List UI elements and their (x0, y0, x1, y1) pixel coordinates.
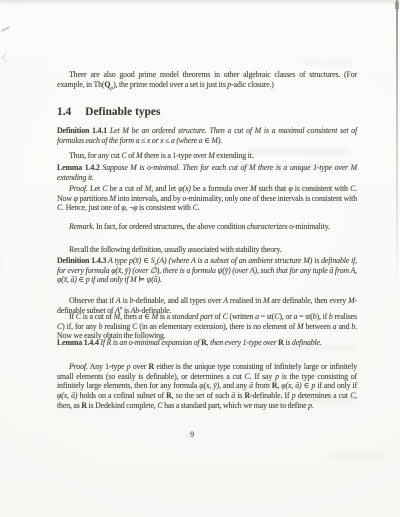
thus-paragraph: Thus, for any cut C of M there is a 1-ty… (57, 151, 357, 161)
text-segment: ) if, for any (62, 322, 98, 331)
proof-1-4-2: Proof. Let C be a cut of M, and let φ(x)… (57, 184, 357, 213)
text-segment: ), or (279, 312, 293, 321)
text-segment: Proof. (69, 362, 88, 371)
text-segment: If (99, 338, 107, 347)
text-segment: φ(x, ȳ) (199, 381, 219, 390)
text-segment: φ(x, ā) (281, 381, 301, 390)
text-segment: if and only if (315, 381, 357, 390)
text-segment: over (130, 362, 148, 371)
text-segment: Proof. (69, 184, 88, 193)
lemma-1-4-2: Lemma 1.4.2 Suppose M is o-minimal. Then… (57, 163, 357, 182)
text-segment: and (336, 322, 351, 331)
standard-part-paragraph: If C is a cut of M, then a ∈ M is a stan… (57, 312, 357, 341)
text-segment: Lemma 1.4.4 (57, 338, 99, 347)
text-segment: = st( (259, 312, 274, 321)
text-segment: determines a cut (296, 391, 351, 400)
text-segment: is definable. (284, 338, 322, 347)
recall-paragraph: Recall the following definition, usually… (57, 245, 357, 255)
text-segment: a ∈ M (139, 312, 159, 321)
text-segment: Remark. (69, 222, 94, 231)
text-segment: is (121, 296, 130, 305)
text-segment: , and let (151, 184, 178, 193)
text-segment: Observe that if (69, 296, 116, 305)
text-segment: , then (120, 312, 138, 321)
text-segment: characterizes (247, 222, 288, 231)
text-segment: Suppose M is o-minimal. Then for each cu… (57, 163, 357, 182)
text-segment: realising (102, 322, 132, 331)
remark-paragraph: Remark. In fact, for ordered structures,… (57, 222, 357, 232)
text-segment: Definition 1.4.1 (57, 126, 107, 135)
definition-1-4-3: Definition 1.4.3 A type p(x̄) ∈ Sx(A) (w… (57, 256, 357, 285)
text-segment: -definable, and all types over (133, 296, 223, 305)
text-segment: is consistent with (293, 184, 351, 193)
text-segment: be a formula over (191, 184, 250, 193)
text-segment: A type p(x̄) ∈ S (106, 256, 154, 265)
text-segment: is a cut of (81, 312, 114, 321)
text-segment: 1.4 (57, 106, 71, 118)
text-segment: . (198, 203, 200, 212)
text-segment: is consistent with (138, 203, 193, 212)
text-segment: Let (88, 184, 103, 193)
text-segment: ), if (316, 312, 328, 321)
text-segment: . Hence, just one of (62, 203, 121, 212)
text-segment: is a (158, 312, 172, 321)
text-segment: (written (228, 312, 255, 321)
text-segment: has a standard part, which we may use to… (163, 401, 309, 410)
section-heading: 1.4Definable types (57, 106, 357, 118)
text-segment: Recall the following definition, usually… (69, 245, 282, 254)
text-segment: there is a 1-type over (142, 151, 208, 160)
text-segment: . If say (250, 372, 275, 381)
text-segment: are definable, then every (269, 296, 348, 305)
text-segment: = st( (297, 312, 312, 321)
text-segment: into intervals, and by o-minimality, onl… (116, 194, 357, 203)
text-segment: 9 (190, 430, 194, 439)
page-number: 9 (57, 430, 327, 440)
text-segment: Any 1-type (88, 362, 127, 371)
text-segment: partitions (78, 194, 110, 203)
text-segment: realised in (228, 296, 263, 305)
text-segment: In fact, for ordered structures, the abo… (94, 222, 246, 231)
text-segment: ∈ (302, 381, 312, 390)
text-segment: (in an elementary extension), there is n… (137, 322, 297, 331)
text-segment: is Dedekind complete, (87, 401, 157, 410)
text-segment: standard part (172, 312, 213, 321)
lemma-1-4-4: Lemma 1.4.4 If R̃ is an o-minimal expans… (57, 338, 357, 348)
proof-1-4-4: Proof. Any 1-type p over R either is the… (57, 362, 357, 411)
text-segment: realises (333, 312, 357, 321)
definition-1-4-1: Definition 1.4.1 Let M be an ordered str… (57, 126, 357, 145)
text-segment: If (69, 312, 76, 321)
text-segment: Lemma 1.4.2 (57, 163, 100, 172)
text-segment: , then every 1-type over (207, 338, 279, 347)
text-segment: is an o-minimal expansion of (111, 338, 201, 347)
text-segment: . (312, 401, 314, 410)
text-segment: , so the set of such (172, 391, 232, 400)
text-segment: -adic closure.) (231, 80, 274, 89)
text-segment: extending it. (215, 151, 254, 160)
text-segment: Definable types (85, 106, 160, 118)
text-segment: , and any (219, 381, 249, 390)
text-segment: Definition 1.4.3 (57, 256, 106, 265)
page-content: There are also good prime model theorems… (0, 0, 400, 517)
text-segment: of (213, 312, 223, 321)
text-segment: between (303, 322, 332, 331)
text-segment: Thus, for any cut (69, 151, 121, 160)
text-segment: such that (256, 184, 288, 193)
text-segment: be a cut of (108, 184, 145, 193)
text-segment: of (127, 151, 137, 160)
intro-paragraph: There are also good prime model theorems… (57, 70, 357, 89)
text-segment: φ(x, ā) (57, 391, 77, 400)
text-segment: from (253, 381, 272, 390)
text-segment: φ(x) (178, 184, 191, 193)
text-segment: o-minimality. (288, 222, 330, 231)
text-segment: ), the prime model over a set is just it… (113, 80, 227, 89)
text-segment: -definable. If (250, 391, 292, 400)
text-segment: holds on a cofinal subset of (77, 391, 166, 400)
